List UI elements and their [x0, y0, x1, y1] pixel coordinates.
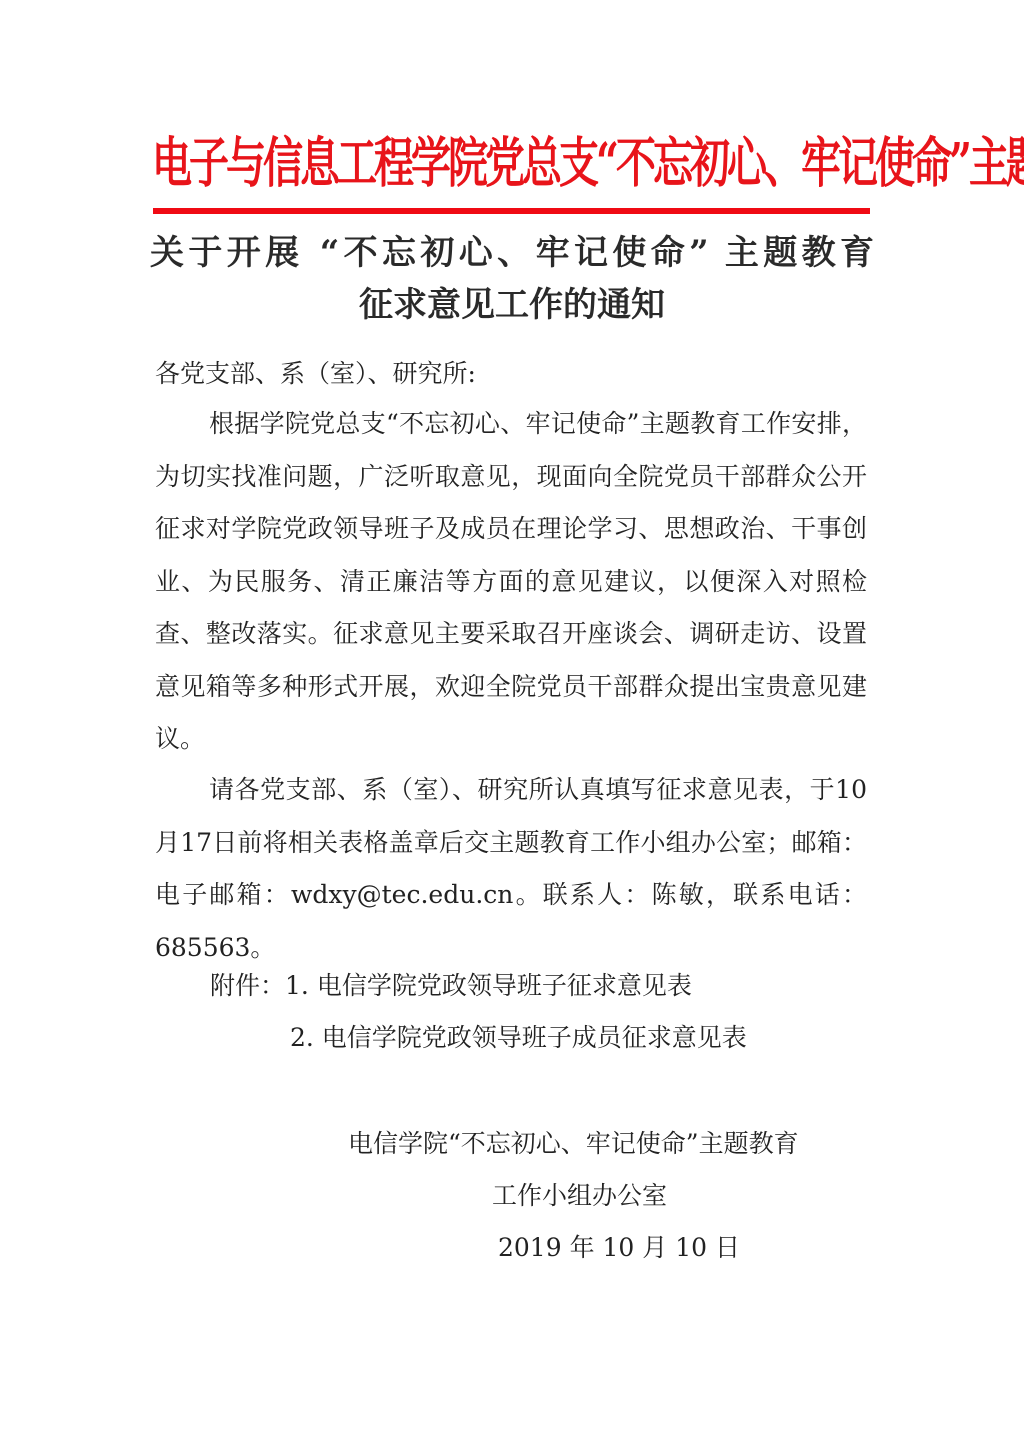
red-header-rule	[153, 208, 870, 214]
attachment-text: 2. 电信学院党政领导班子成员征求意见表	[290, 1023, 747, 1052]
document-page: 电子与信息工程学院党总支“不忘初心、牢记使命”主题教育工作小组 关于开展 “不忘…	[0, 0, 1024, 1448]
attachment-label: 附件：	[210, 971, 285, 1000]
notice-title-line2: 征求意见工作的通知	[150, 282, 874, 328]
attachment-item-2: 2. 电信学院党政领导班子成员征求意见表	[290, 1018, 747, 1054]
body-paragraph-2: 请各党支部、系（室）、研究所认真填写征求意见表，于10月17日前将相关表格盖章后…	[155, 764, 867, 974]
attachment-text: 1. 电信学院党政领导班子征求意见表	[285, 971, 692, 1000]
signature-date: 2019 年 10 月 10 日	[498, 1228, 740, 1264]
red-header-title: 电子与信息工程学院党总支“不忘初心、牢记使命”主题教育工作小组	[152, 115, 870, 212]
signature-org-line1: 电信学院“不忘初心、牢记使命”主题教育	[348, 1124, 799, 1160]
attachment-item-1: 附件：1. 电信学院党政领导班子征求意见表	[210, 966, 692, 1002]
salutation: 各党支部、系（室）、研究所:	[155, 348, 867, 401]
signature-org-line2: 工作小组办公室	[492, 1176, 667, 1212]
notice-title-line1: 关于开展 “不忘初心、牢记使命” 主题教育	[150, 230, 874, 276]
body-paragraph-1: 根据学院党总支“不忘初心、牢记使命”主题教育工作安排，为切实找准问题，广泛听取意…	[155, 398, 867, 766]
